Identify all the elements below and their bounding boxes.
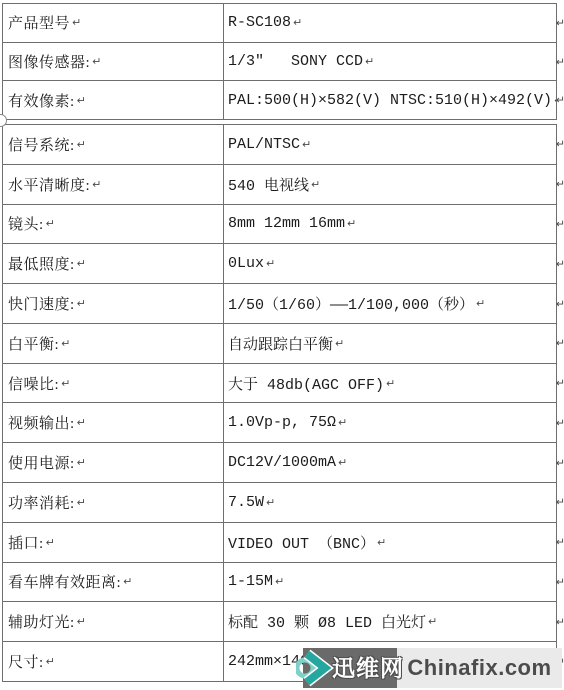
paragraph-mark-icon: ↵ xyxy=(365,56,374,67)
paragraph-mark-icon: ↵ xyxy=(92,56,101,67)
table-row: 水平清晰度:↵540 电视线↵↵ xyxy=(3,165,556,205)
spec-label-cell: 信噪比:↵ xyxy=(3,364,224,403)
paragraph-mark-icon: ↵ xyxy=(266,497,275,508)
spec-label: 快门速度: xyxy=(8,293,75,314)
paragraph-mark-icon: ↵ xyxy=(347,218,356,229)
spec-value-cell: DC12V/1000mA↵ xyxy=(224,443,556,482)
watermark-logo-box: 迅维网 xyxy=(303,648,397,688)
spec-label-cell: 产品型号↵ xyxy=(3,4,224,42)
paragraph-mark-icon: ↵ xyxy=(476,298,485,309)
table-row: 信噪比:↵大于 48db(AGC OFF)↵↵ xyxy=(3,364,556,404)
paragraph-mark-icon: ↵ xyxy=(293,17,302,28)
spec-value: 1.0Vp-p, 75Ω xyxy=(228,414,336,431)
spec-value: R-SC108 xyxy=(228,14,291,31)
spec-value-cell: 标配 30 颗 Ø8 LED 白光灯↵ xyxy=(224,602,556,641)
spec-value-cell: 7.5W↵ xyxy=(224,483,556,522)
spec-label-cell: 辅助灯光:↵ xyxy=(3,602,224,641)
spec-value: 1/3″ SONY CCD xyxy=(228,53,363,70)
spec-label: 产品型号 xyxy=(8,12,70,33)
spec-value: 1/50（1/60）——1/100,000（秒） xyxy=(228,293,474,314)
row-end-mark-icon: ↵ xyxy=(556,338,564,349)
spec-label-cell: 快门速度:↵ xyxy=(3,284,224,323)
spec-value: 540 电视线 xyxy=(228,174,309,195)
spec-label-cell: 使用电源:↵ xyxy=(3,443,224,482)
table-row: 视频输出:↵1.0Vp-p, 75Ω↵↵ xyxy=(3,403,556,443)
spec-value: PAL/NTSC xyxy=(228,136,300,153)
paragraph-mark-icon: ↵ xyxy=(266,258,275,269)
spec-value-cell: 1.0Vp-p, 75Ω↵ xyxy=(224,403,556,442)
paragraph-mark-icon: ↵ xyxy=(428,616,437,627)
watermark-domain-box: Chinafix.com xyxy=(397,648,562,688)
spec-value-cell: PAL:500(H)×582(V) NTSC:510(H)×492(V)↵ xyxy=(224,81,556,119)
spec-value-cell: 1/3″ SONY CCD↵ xyxy=(224,43,556,81)
spec-label-cell: 视频输出:↵ xyxy=(3,403,224,442)
row-end-mark-icon: ↵ xyxy=(556,417,564,428)
spec-label: 辅助灯光: xyxy=(8,611,75,632)
spec-label-cell: 看车牌有效距离:↵ xyxy=(3,563,224,602)
paragraph-mark-icon: ↵ xyxy=(92,179,101,190)
spec-value-cell: 8mm 12mm 16mm↵ xyxy=(224,205,556,244)
spec-label-cell: 水平清晰度:↵ xyxy=(3,165,224,204)
watermark-site-name: 迅维网 xyxy=(332,657,404,680)
spec-value: 1-15M xyxy=(228,573,273,590)
table-row: 产品型号↵R-SC108↵↵ xyxy=(3,4,556,43)
spec-value-cell: PAL/NTSC↵ xyxy=(224,125,556,164)
spec-value: 8mm 12mm 16mm xyxy=(228,215,345,232)
paragraph-mark-icon: ↵ xyxy=(386,378,395,389)
table-row: 使用电源:↵DC12V/1000mA↵↵ xyxy=(3,443,556,483)
spec-value-cell: VIDEO OUT （BNC）↵ xyxy=(224,523,556,562)
table-row: 最低照度:↵0Lux↵↵ xyxy=(3,244,556,284)
spec-label-cell: 镜头:↵ xyxy=(3,205,224,244)
spec-value-cell: 自动跟踪白平衡↵ xyxy=(224,324,556,363)
spec-label-cell: 插口:↵ xyxy=(3,523,224,562)
paragraph-mark-icon: ↵ xyxy=(123,576,132,587)
spec-label: 镜头: xyxy=(8,213,44,234)
paragraph-mark-icon: ↵ xyxy=(46,218,55,229)
watermark: 迅维网 Chinafix.com xyxy=(303,648,562,688)
spec-value: 标配 30 颗 Ø8 LED 白光灯 xyxy=(228,611,426,632)
spec-label-cell: 有效像素:↵ xyxy=(3,81,224,119)
watermark-domain: Chinafix.com xyxy=(407,657,551,679)
spec-label: 水平清晰度: xyxy=(8,174,90,195)
spec-label: 白平衡: xyxy=(8,333,59,354)
spec-value: 大于 48db(AGC OFF) xyxy=(228,373,384,394)
row-end-mark-icon: ↵ xyxy=(556,298,564,309)
row-end-mark-icon: ↵ xyxy=(556,576,564,587)
paragraph-mark-icon: ↵ xyxy=(61,338,70,349)
row-end-mark-icon: ↵ xyxy=(556,17,564,28)
spec-label: 插口: xyxy=(8,532,44,553)
spec-value: 0Lux xyxy=(228,255,264,272)
row-end-mark-icon: ↵ xyxy=(556,179,564,190)
spec-label: 看车牌有效距离: xyxy=(8,571,121,592)
spec-value-cell: 540 电视线↵ xyxy=(224,165,556,204)
paragraph-mark-icon: ↵ xyxy=(77,616,86,627)
spec-value: VIDEO OUT （BNC） xyxy=(228,532,375,553)
spec-label: 尺寸: xyxy=(8,651,44,672)
paragraph-mark-icon: ↵ xyxy=(77,417,86,428)
row-end-mark-icon: ↵ xyxy=(556,537,564,548)
spec-value-cell: 大于 48db(AGC OFF)↵ xyxy=(224,364,556,403)
spec-value: DC12V/1000mA xyxy=(228,454,336,471)
paragraph-mark-icon: ↵ xyxy=(377,537,386,548)
spec-label: 图像传感器: xyxy=(8,51,90,72)
table-row: 快门速度:↵1/50（1/60）——1/100,000（秒）↵↵ xyxy=(3,284,556,324)
row-end-mark-icon: ↵ xyxy=(556,616,564,627)
row-end-mark-icon: ↵ xyxy=(556,457,564,468)
row-end-mark-icon: ↵ xyxy=(556,56,564,67)
spec-label-cell: 信号系统:↵ xyxy=(3,125,224,164)
table-row: 看车牌有效距离:↵1-15M↵↵ xyxy=(3,563,556,603)
spec-label: 信噪比: xyxy=(8,373,59,394)
row-end-mark-icon: ↵ xyxy=(556,497,564,508)
spec-label: 有效像素: xyxy=(8,90,75,111)
paragraph-mark-icon: ↵ xyxy=(302,139,311,150)
table-row: 功率消耗:↵7.5W↵↵ xyxy=(3,483,556,523)
spec-value-cell: 1-15M↵ xyxy=(224,563,556,602)
table-row: 图像传感器:↵1/3″ SONY CCD↵↵ xyxy=(3,43,556,82)
paragraph-mark-icon: ↵ xyxy=(77,298,86,309)
spec-value-cell: 1/50（1/60）——1/100,000（秒）↵ xyxy=(224,284,556,323)
spec-value: 7.5W xyxy=(228,494,264,511)
row-end-mark-icon: ↵ xyxy=(556,95,564,106)
paragraph-mark-icon: ↵ xyxy=(77,139,86,150)
spec-label: 使用电源: xyxy=(8,452,75,473)
table-row: 信号系统:↵PAL/NTSC↵↵ xyxy=(3,125,556,165)
paragraph-mark-icon: ↵ xyxy=(61,378,70,389)
table-row: 白平衡:↵自动跟踪白平衡↵↵ xyxy=(3,324,556,364)
paragraph-mark-icon: ↵ xyxy=(338,417,347,428)
paragraph-mark-icon: ↵ xyxy=(338,457,347,468)
paragraph-mark-icon: ↵ xyxy=(77,95,86,106)
chevron-right-icon xyxy=(296,649,334,687)
spec-value-cell: R-SC108↵ xyxy=(224,4,556,42)
spec-label: 视频输出: xyxy=(8,412,75,433)
spec-label-cell: 尺寸:↵ xyxy=(3,642,224,681)
table-row: 有效像素:↵PAL:500(H)×582(V) NTSC:510(H)×492(… xyxy=(3,81,556,119)
paragraph-mark-icon: ↵ xyxy=(77,497,86,508)
table-row: 插口:↵VIDEO OUT （BNC）↵↵ xyxy=(3,523,556,563)
paragraph-mark-icon: ↵ xyxy=(46,537,55,548)
spec-value: 自动跟踪白平衡 xyxy=(228,333,333,354)
spec-label: 功率消耗: xyxy=(8,492,75,513)
paragraph-mark-icon: ↵ xyxy=(335,338,344,349)
spec-table-top: 产品型号↵R-SC108↵↵图像传感器:↵1/3″ SONY CCD↵↵有效像素… xyxy=(2,3,557,120)
spec-label-cell: 白平衡:↵ xyxy=(3,324,224,363)
row-end-mark-icon: ↵ xyxy=(556,218,564,229)
spec-label-cell: 最低照度:↵ xyxy=(3,244,224,283)
paragraph-mark-icon: ↵ xyxy=(72,17,81,28)
row-end-mark-icon: ↵ xyxy=(556,378,564,389)
paragraph-mark-icon: ↵ xyxy=(77,258,86,269)
spec-label-cell: 图像传感器:↵ xyxy=(3,43,224,81)
table-row: 镜头:↵8mm 12mm 16mm↵↵ xyxy=(3,205,556,245)
document-page: 产品型号↵R-SC108↵↵图像传感器:↵1/3″ SONY CCD↵↵有效像素… xyxy=(0,0,564,690)
spec-value: PAL:500(H)×582(V) NTSC:510(H)×492(V) xyxy=(228,92,552,109)
row-end-mark-icon: ↵ xyxy=(556,258,564,269)
paragraph-mark-icon: ↵ xyxy=(275,576,284,587)
spec-label: 信号系统: xyxy=(8,134,75,155)
paragraph-mark-icon: ↵ xyxy=(311,179,320,190)
paragraph-mark-icon: ↵ xyxy=(46,656,55,667)
spec-table-main: 信号系统:↵PAL/NTSC↵↵水平清晰度:↵540 电视线↵↵镜头:↵8mm … xyxy=(2,124,557,682)
spec-label-cell: 功率消耗:↵ xyxy=(3,483,224,522)
spec-value-cell: 0Lux↵ xyxy=(224,244,556,283)
row-end-mark-icon: ↵ xyxy=(556,139,564,150)
spec-label: 最低照度: xyxy=(8,253,75,274)
paragraph-mark-icon: ↵ xyxy=(77,457,86,468)
table-row: 辅助灯光:↵标配 30 颗 Ø8 LED 白光灯↵↵ xyxy=(3,602,556,642)
